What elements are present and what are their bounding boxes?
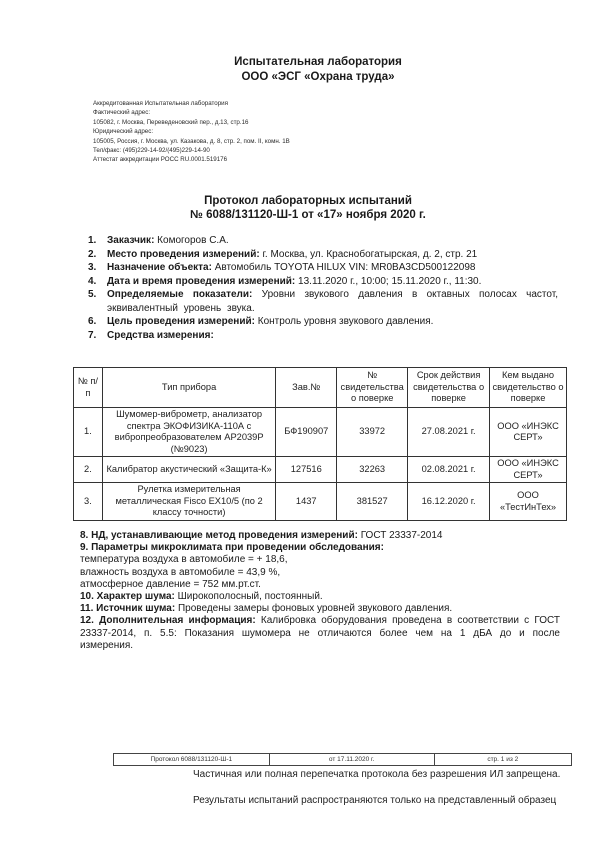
header-cell: Срок действия свидетельства о поверке <box>408 368 490 408</box>
lab-title: Испытательная лаборатория ООО «ЭСГ «Охра… <box>0 55 596 85</box>
section-noise-source: 11. Источник шума: Проведены замеры фоно… <box>80 603 560 615</box>
section-additional-info: 12. Дополнительная информация: Калибровк… <box>80 615 560 652</box>
table-cell: 127516 <box>276 457 337 483</box>
item-number: 4. <box>88 275 107 289</box>
table-header-row: № п/п Тип прибора Зав.№ № свидетельства … <box>74 368 567 408</box>
section-microclimate: 9. Параметры микроклимата при проведении… <box>80 542 560 554</box>
section-label: 8. НД, устанавливающие метод проведения … <box>80 530 358 541</box>
item-label: Назначение объекта: <box>107 262 212 273</box>
section-value: Широкополосный, постоянный. <box>175 591 323 602</box>
accreditation-line: Юридический адрес: <box>93 127 290 136</box>
microclimate-temperature: температура воздуха в автомобиле = + 18,… <box>80 554 560 566</box>
item-number: 2. <box>88 248 107 262</box>
item-value: 13.11.2020 г., 10:00; 15.11.2020 г., 11:… <box>295 276 481 287</box>
item-number: 7. <box>88 329 107 343</box>
accreditation-line: Тел/факс: (495)229-14-92/(495)229-14-90 <box>93 146 290 155</box>
protocol-number-line: № 6088/131120-Ш-1 от «17» ноября 2020 г. <box>0 208 596 222</box>
table-cell: Рулетка измерительная металлическая Fisc… <box>102 483 275 521</box>
reprint-notice: Частичная или полная перепечатка протоко… <box>193 769 560 780</box>
accreditation-line: Аттестат аккредитации РОСС RU.0001.51917… <box>93 155 290 164</box>
header-cell: Зав.№ <box>276 368 337 408</box>
item-label: Заказчик: <box>107 235 154 246</box>
microclimate-pressure: атмосферное давление = 752 мм.рт.ст. <box>80 579 560 591</box>
footer-page-number: стр. 1 из 2 <box>434 754 571 766</box>
section-value: ГОСТ 23337-2014 <box>358 530 443 541</box>
microclimate-humidity: влажность воздуха в автомобиле = 43,9 %, <box>80 567 560 579</box>
accreditation-line: 105082, г. Москва, Переведеновский пер.,… <box>93 118 290 127</box>
table-cell: 1. <box>74 408 103 457</box>
item-number: 6. <box>88 315 107 329</box>
section-label: 9. Параметры микроклимата при проведении… <box>80 542 384 553</box>
page-footer-table: Протокол 6088/131120-Ш-1 от 17.11.2020 г… <box>113 753 572 766</box>
item-number: 5. <box>88 288 107 315</box>
item-datetime: 4. Дата и время проведения измерений: 13… <box>88 275 558 289</box>
section-standard: 8. НД, устанавливающие метод проведения … <box>80 530 560 542</box>
item-label: Место проведения измерений: <box>107 249 260 260</box>
protocol-title-line: Протокол лабораторных испытаний <box>0 194 596 208</box>
accreditation-line: Аккредитованная Испытательная лаборатори… <box>93 99 290 108</box>
table-cell: 2. <box>74 457 103 483</box>
protocol-title: Протокол лабораторных испытаний № 6088/1… <box>0 194 596 222</box>
accreditation-line: Фактический адрес: <box>93 108 290 117</box>
item-instruments: 7. Средства измерения: <box>88 329 558 343</box>
item-label: Дата и время проведения измерений: <box>107 276 295 287</box>
table-cell: ООО «ИНЭКС СЕРТ» <box>490 408 567 457</box>
item-value: Комогоров С.А. <box>154 235 228 246</box>
table-cell: 02.08.2021 г. <box>408 457 490 483</box>
section-label: 12. Дополнительная информация: <box>80 615 256 626</box>
table-cell: 33972 <box>337 408 408 457</box>
table-cell: ООО «ТестИнТех» <box>490 483 567 521</box>
table-cell: Шумомер-виброметр, анализатор спектра ЭК… <box>102 408 275 457</box>
accreditation-block: Аккредитованная Испытательная лаборатори… <box>93 99 290 165</box>
table-cell: 32263 <box>337 457 408 483</box>
results-scope-notice: Результаты испытаний распространяются то… <box>193 795 556 806</box>
item-label: Определяемые показатели: <box>107 289 252 300</box>
instruments-table: № п/п Тип прибора Зав.№ № свидетельства … <box>73 367 567 521</box>
footer-protocol-number: Протокол 6088/131120-Ш-1 <box>114 754 270 766</box>
item-purpose: 6. Цель проведения измерений: Контроль у… <box>88 315 558 329</box>
protocol-items: 1. Заказчик: Комогоров С.А. 2. Место про… <box>88 234 558 342</box>
header-cell: Тип прибора <box>102 368 275 408</box>
protocol-details: 8. НД, устанавливающие метод проведения … <box>80 530 560 652</box>
section-label: 11. Источник шума: <box>80 603 175 614</box>
table-cell: 16.12.2020 г. <box>408 483 490 521</box>
accreditation-line: 105005, Россия, г. Москва, ул. Казакова,… <box>93 137 290 146</box>
footer-date: от 17.11.2020 г. <box>269 754 434 766</box>
table-cell: 381527 <box>337 483 408 521</box>
table-cell: 3. <box>74 483 103 521</box>
section-noise-character: 10. Характер шума: Широкополосный, посто… <box>80 591 560 603</box>
table-row: 1. Шумомер-виброметр, анализатор спектра… <box>74 408 567 457</box>
header-cell: № свидетельства о поверке <box>337 368 408 408</box>
lab-title-line1: Испытательная лаборатория <box>0 55 596 70</box>
item-value: г. Москва, ул. Краснобогатырская, д. 2, … <box>260 249 478 260</box>
header-cell: Кем выдано свидетельство о поверке <box>490 368 567 408</box>
item-value: Автомобиль TOYOTA HILUX VIN: MR0BA3CD500… <box>212 262 476 273</box>
table-cell: 27.08.2021 г. <box>408 408 490 457</box>
header-cell: № п/п <box>74 368 103 408</box>
table-row: 3. Рулетка измерительная металлическая F… <box>74 483 567 521</box>
item-number: 3. <box>88 261 107 275</box>
table-cell: 1437 <box>276 483 337 521</box>
item-indicators: 5. Определяемые показатели: Уровни звуко… <box>88 288 558 315</box>
item-location: 2. Место проведения измерений: г. Москва… <box>88 248 558 262</box>
section-label: 10. Характер шума: <box>80 591 175 602</box>
lab-title-line2: ООО «ЭСГ «Охрана труда» <box>0 70 596 85</box>
table-cell: Калибратор акустический «Защита-К» <box>102 457 275 483</box>
table-row: 2. Калибратор акустический «Защита-К» 12… <box>74 457 567 483</box>
table-cell: ООО «ИНЭКС СЕРТ» <box>490 457 567 483</box>
item-label: Цель проведения измерений: <box>107 316 255 327</box>
item-value: Контроль уровня звукового давления. <box>255 316 433 327</box>
item-customer: 1. Заказчик: Комогоров С.А. <box>88 234 558 248</box>
section-value: Проведены замеры фоновых уровней звуково… <box>175 603 452 614</box>
table-cell: БФ190907 <box>276 408 337 457</box>
item-label: Средства измерения: <box>107 330 214 341</box>
item-object: 3. Назначение объекта: Автомобиль TOYOTA… <box>88 261 558 275</box>
item-number: 1. <box>88 234 107 248</box>
